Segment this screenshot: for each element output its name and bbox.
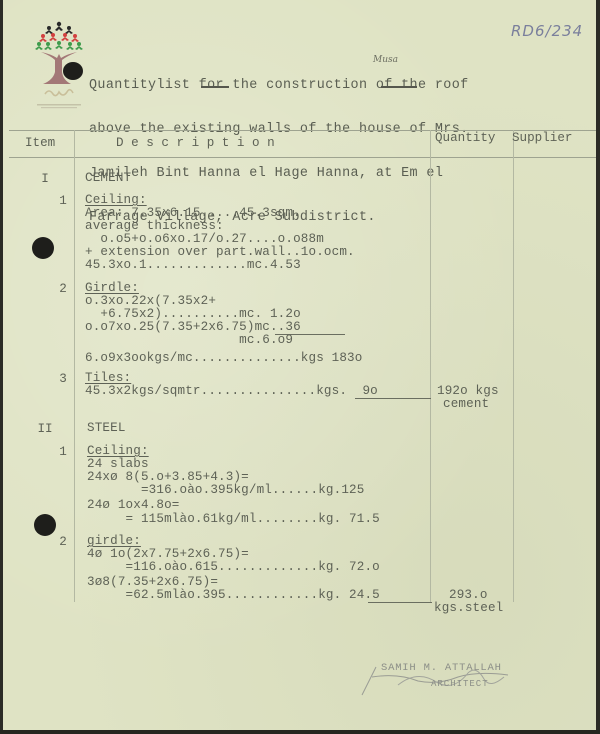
- table-header-rule: [9, 157, 596, 158]
- signature-name: SAMIH M. ATTALLAH: [381, 662, 502, 674]
- calc-line: 24ø 1ox4.8o=: [87, 499, 180, 512]
- subitem-number: 1: [43, 445, 83, 459]
- section-title: STEEL: [87, 422, 126, 435]
- signature-title: ARCHITECT: [431, 679, 489, 689]
- calc-line: 45.3xo.1.............mc.4.53: [85, 259, 301, 272]
- calc-line: 6.o9x3ookgs/mc..............kgs 183o: [85, 352, 362, 365]
- quantity-total-unit: kgs.steel: [434, 602, 503, 615]
- subitem-number: 2: [43, 535, 83, 549]
- subitem-number: 1: [43, 194, 83, 208]
- calc-line: 45.3x2kgs/sqmtr...............kgs. 9o: [85, 385, 378, 398]
- table-top-rule: [9, 130, 596, 131]
- subitem-number: 2: [43, 282, 83, 296]
- quantity-total-unit: cement: [443, 398, 489, 411]
- punch-hole: [32, 237, 54, 259]
- section-number: II: [25, 422, 65, 436]
- strikethrough-mark: [381, 86, 417, 88]
- punch-hole: [63, 62, 83, 80]
- scan-border: [0, 730, 600, 734]
- calc-line: =316.oào.395kg/ml......kg.125: [87, 484, 364, 497]
- handwritten-insert: Musa: [373, 55, 398, 65]
- column-header-item: Item: [25, 136, 55, 150]
- strikethrough-mark: [201, 86, 229, 88]
- document-page: RD6/234 Quantitylist for the constructio…: [3, 0, 596, 731]
- subtotal-underline: [355, 398, 431, 399]
- subitem-number: 3: [43, 372, 83, 386]
- subtotal-underline: [368, 602, 432, 603]
- column-header-quantity: Quantity: [435, 131, 495, 145]
- column-header-description: D e s c r i p t i o n: [116, 136, 275, 150]
- calc-line: = 115mlào.61kg/ml........kg. 71.5: [87, 513, 380, 526]
- punch-hole: [34, 514, 56, 536]
- reference-number: RD6/234: [511, 22, 583, 40]
- column-header-supplier: Supplier: [512, 131, 572, 145]
- section-title: CEMENT: [85, 172, 131, 185]
- column-divider-description: [430, 130, 431, 602]
- column-divider-quantity: [513, 130, 514, 602]
- calc-line: mc.6.o9: [85, 334, 293, 347]
- section-number: I: [25, 172, 65, 186]
- calc-line: =62.5mlào.395............kg. 24.5: [87, 589, 380, 602]
- header-line: Jamileh Bint Hanna el Hage Hanna, at Em …: [89, 167, 469, 182]
- calc-line: =116.oào.615.............kg. 72.o: [87, 561, 380, 574]
